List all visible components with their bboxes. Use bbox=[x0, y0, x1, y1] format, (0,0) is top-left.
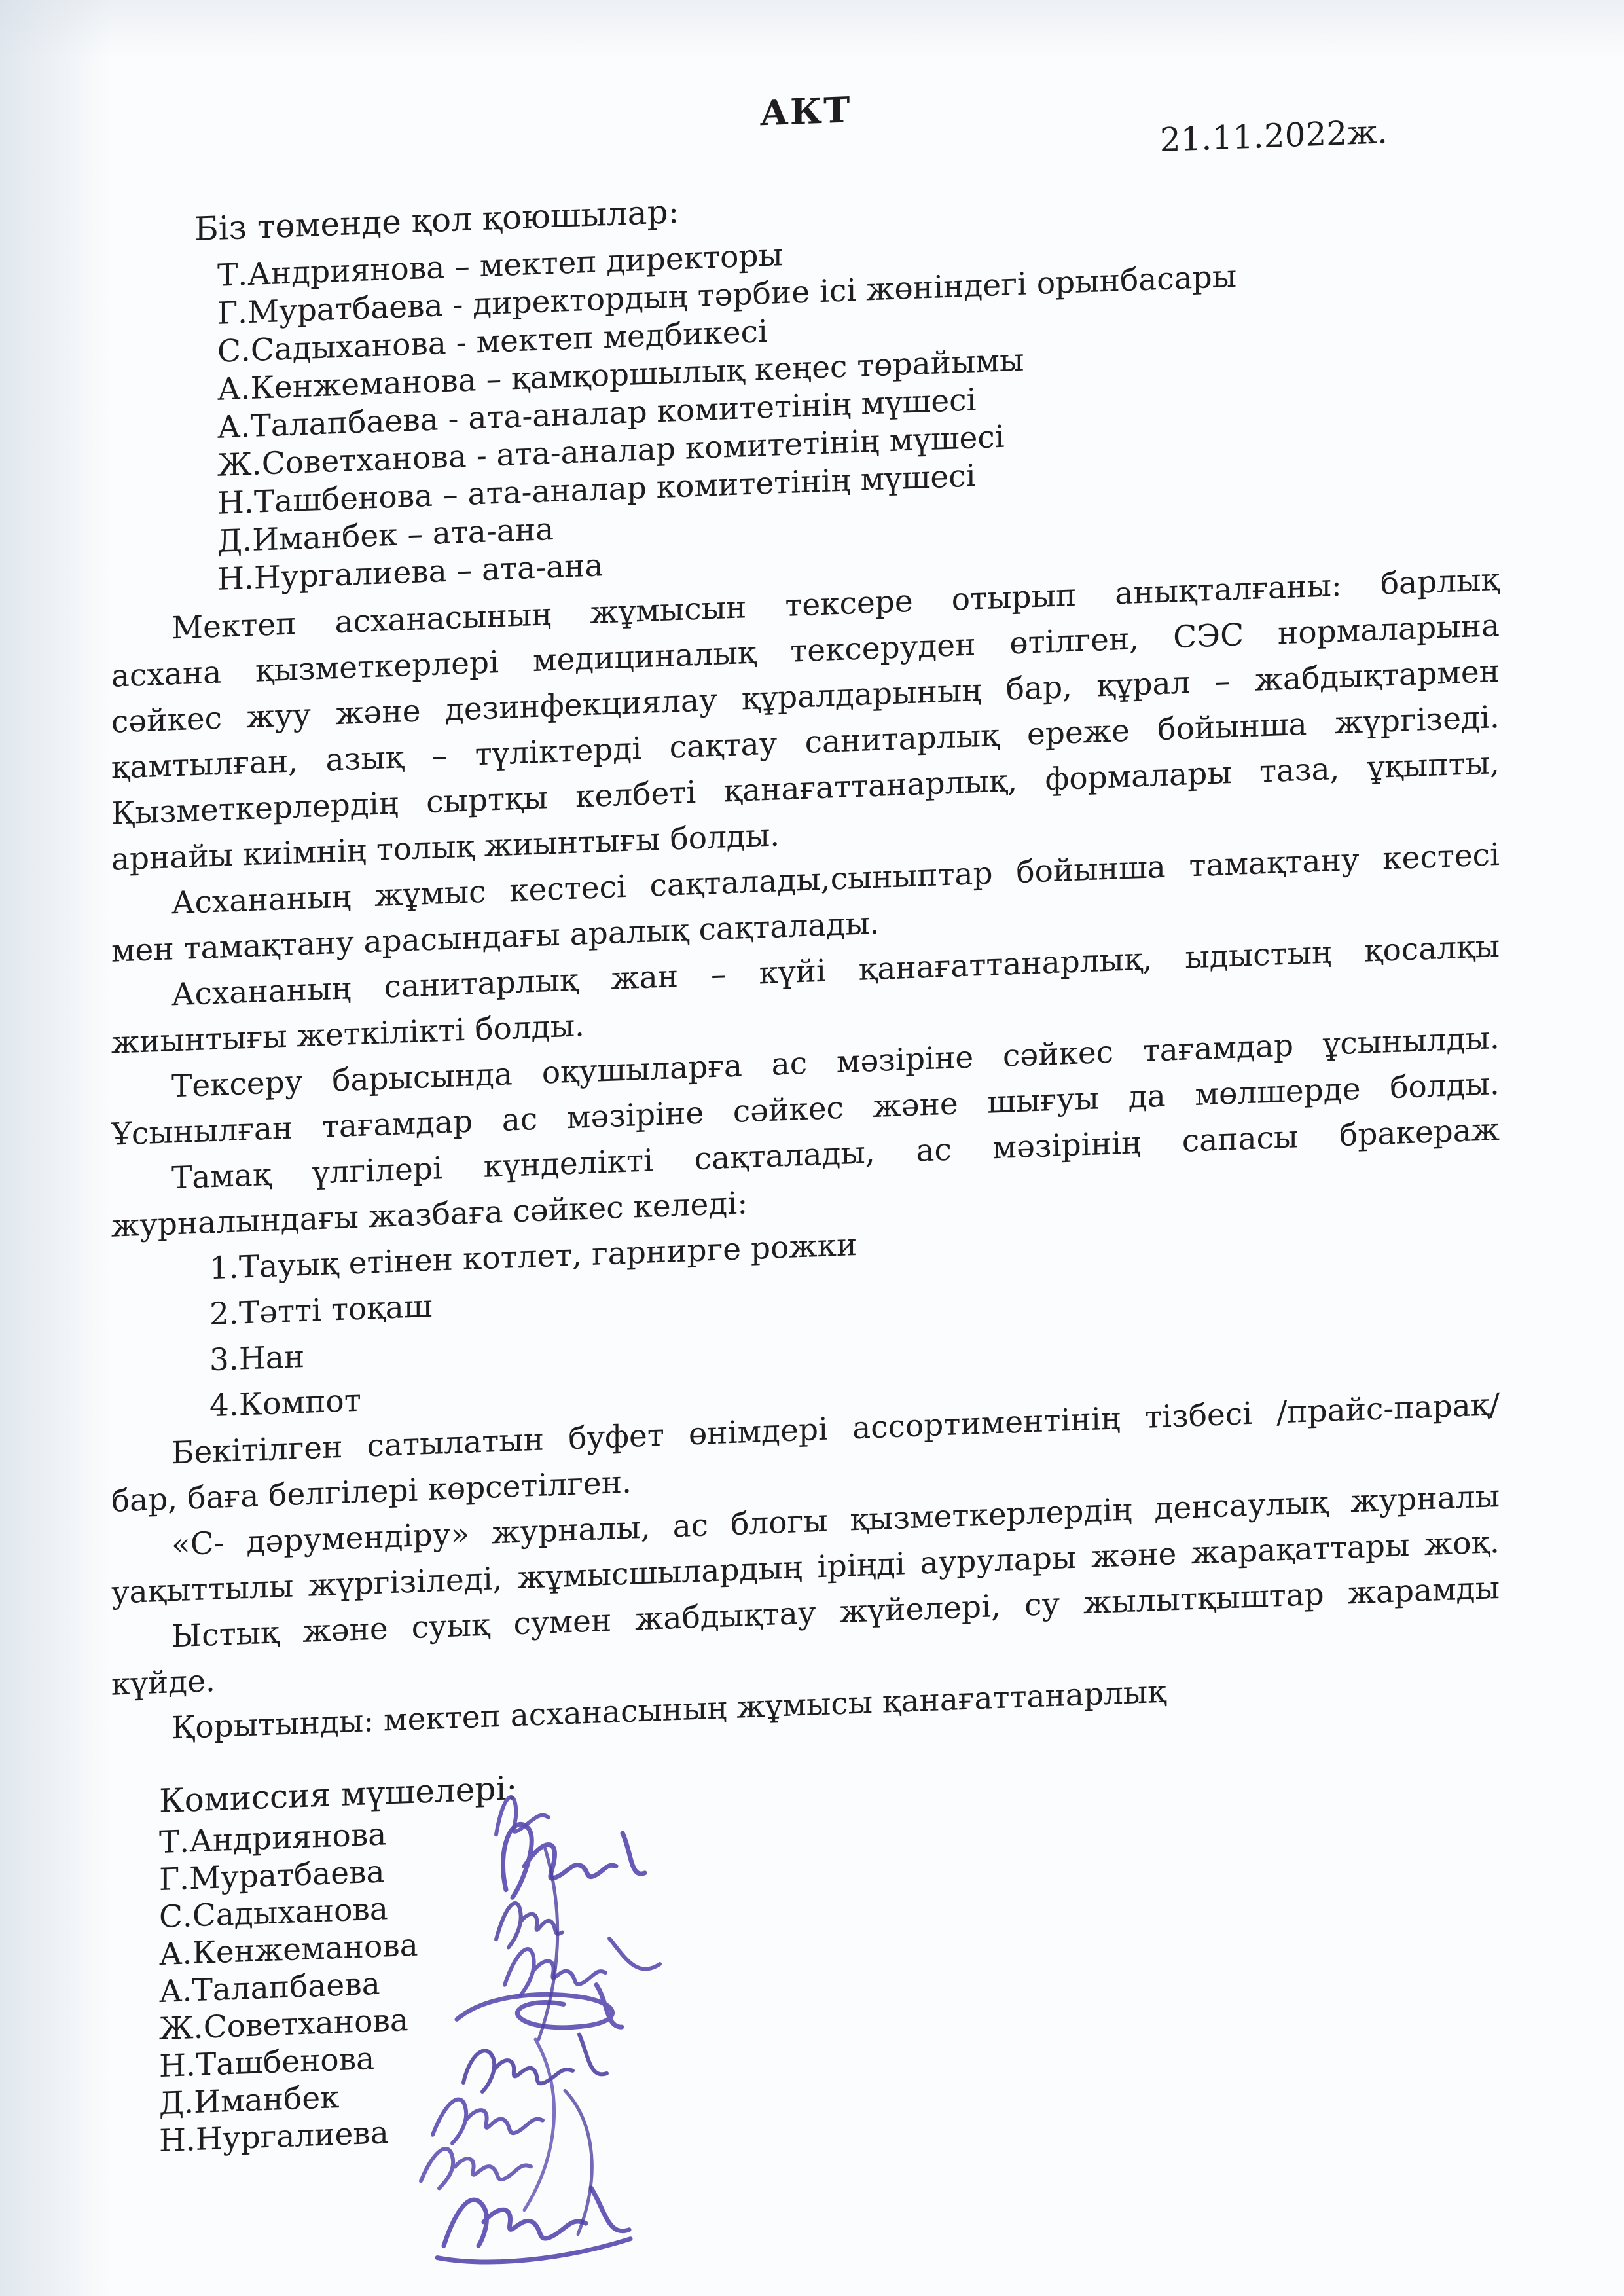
signature-stroke bbox=[421, 2145, 531, 2189]
signatories-list: Т.Андриянова – мектеп директоры Г.Муратб… bbox=[217, 210, 1500, 599]
signature-stroke bbox=[437, 2187, 630, 2264]
commission-block: Комиссия мүшелері: Т.Андриянова Г.Муратб… bbox=[159, 1729, 1500, 2160]
document-page: АКТ 21.11.2022ж. Біз төменде қол қоюшыла… bbox=[0, 0, 1624, 2296]
document-content: АКТ 21.11.2022ж. Біз төменде қол қоюшыла… bbox=[0, 0, 1624, 2296]
document-body: Мектеп асханасының жұмысын тексере отыры… bbox=[111, 557, 1500, 1754]
